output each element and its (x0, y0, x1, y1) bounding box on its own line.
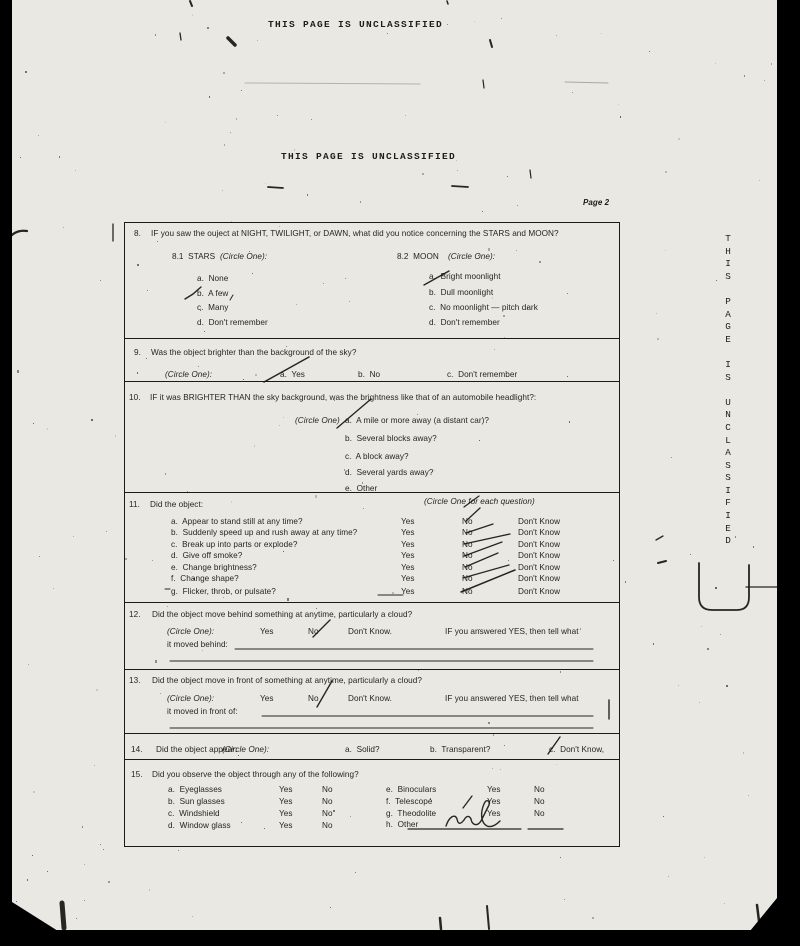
q13-number: 13. (129, 676, 141, 685)
q9-number: 9. (134, 348, 141, 357)
q15-right-g-no: No (534, 809, 545, 818)
q15-left-d-yes: Yes (279, 821, 293, 830)
q15-left-b-no: No (322, 797, 333, 806)
section-divider (124, 733, 619, 734)
q8-moon-option-d: d. Don't remember (429, 318, 500, 327)
q11-row-b-yes: Yes (401, 528, 415, 537)
q13-dont-know: Don't Know. (348, 694, 392, 703)
q11-row-e-yes: Yes (401, 563, 415, 572)
q8-stars-option-d: d. Don't remember (197, 318, 268, 327)
q13-yes: Yes (260, 694, 274, 703)
q9-question: Was the object brighter than the backgro… (151, 348, 356, 357)
q15-left-a-label: a. Eyeglasses (168, 785, 222, 794)
section-divider (124, 381, 619, 382)
q11-row-a-yes: Yes (401, 517, 415, 526)
q8-stars-circle-note: (Circle One): (220, 252, 267, 261)
scan-edge-wedge-left (12, 902, 58, 931)
q10-option-d: d. Several yards away? (345, 468, 434, 477)
q8-moon-option-c: c. No moonlight — pitch dark (429, 303, 538, 312)
middle-unclassified-banner: THIS PAGE IS UNCLASSIFIED (281, 152, 456, 161)
q11-row-a-label: a. Appear to stand still at any time? (171, 517, 303, 526)
q14-circle-note: (Circle One): (222, 745, 269, 754)
top-unclassified-banner: THIS PAGE IS UNCLASSIFIED (268, 20, 443, 29)
q12-dont-know: Don't Know. (348, 627, 392, 636)
q11-row-g-dk: Don't Know (518, 587, 560, 596)
q15-question: Did you observe the object through any o… (152, 770, 359, 779)
q8-moon-circle-note: (Circle One): (448, 252, 495, 261)
scanned-questionnaire-page: THIS PAGE IS UNCLASSIFIED THIS PAGE IS U… (0, 0, 800, 946)
q15-left-d-label: d. Window glass (168, 821, 231, 830)
section-divider (124, 669, 619, 670)
q11-row-d-yes: Yes (401, 551, 415, 560)
q8-question: IF you saw the ouject at NIGHT, TWILIGHT… (151, 229, 559, 238)
q11-row-c-no: No (462, 540, 473, 549)
q10-option-b: b. Several blocks away? (345, 434, 437, 443)
q10-option-a: a. A mile or more away (a distant car)? (345, 416, 489, 425)
q12-yes: Yes (260, 627, 274, 636)
q10-number: 10. (129, 393, 141, 402)
q15-left-b-yes: Yes (279, 797, 293, 806)
q11-row-c-dk: Don't Know (518, 540, 560, 549)
q11-row-b-dk: Don't Know (518, 528, 560, 537)
q11-row-g-no: No (462, 587, 473, 596)
q15-left-d-no: No (322, 821, 333, 830)
q8-stars-option-c: c. Many (197, 303, 228, 312)
q11-row-f-dk: Don't Know (518, 574, 560, 583)
q12-question: Did the object move behind something at … (152, 610, 412, 619)
section-divider (124, 759, 619, 760)
q10-option-e: e. Other (345, 484, 377, 493)
q15-number: 15. (131, 770, 143, 779)
q11-row-c-label: c. Break up into parts or explode? (171, 540, 297, 549)
q15-right-e-label: e. Binoculars (386, 785, 436, 794)
q11-row-f-label: f. Change shape? (171, 574, 239, 583)
scan-edge-right (777, 0, 800, 946)
q11-row-d-dk: Don't Know (518, 551, 560, 560)
section-divider (124, 602, 619, 603)
q9-option-dont-remember: c. Don't remember (447, 370, 517, 379)
q13-circle-note: (Circle One): (167, 694, 214, 703)
q15-right-e-yes: Yes (487, 785, 501, 794)
q14-option-dont-know: c. Don't Know, (549, 745, 604, 754)
q9-option-no: b. No (358, 370, 380, 379)
q15-left-b-label: b. Sun glasses (168, 797, 225, 806)
page-number: Page 2 (583, 198, 609, 207)
q12-number: 12. (129, 610, 141, 619)
q14-option-transparent: b. Transparent? (430, 745, 490, 754)
q11-row-b-no: No (462, 528, 473, 537)
q11-number: 11. (129, 500, 140, 509)
q12-if-yes-text: IF you answered YES, then tell what (445, 627, 579, 636)
q15-left-c-no: No (322, 809, 333, 818)
q15-right-e-no: No (534, 785, 545, 794)
q15-right-g-yes: Yes (487, 809, 501, 818)
q15-left-c-yes: Yes (279, 809, 293, 818)
q13-question: Did the object move in front of somethin… (152, 676, 422, 685)
q11-row-e-label: e. Change brightness? (171, 563, 257, 572)
q10-question: IF it was BRIGHTER THAN the sky backgrou… (150, 393, 536, 402)
q11-row-f-yes: Yes (401, 574, 415, 583)
q11-row-e-no: No (462, 563, 473, 572)
q15-right-g-label: g. Theodolite (386, 809, 436, 818)
q11-circle-note: (Circle One for each question) (424, 497, 535, 506)
q15-right-f-yes: Yes (487, 797, 501, 806)
q14-option-solid: a. Solid? (345, 745, 380, 754)
section-divider (124, 338, 619, 339)
q8-moon-heading: 8.2 MOON (397, 252, 439, 261)
q15-right-f-no: No (534, 797, 545, 806)
scan-edge-wedge-right (750, 898, 777, 931)
q13-no: No (308, 694, 319, 703)
q15-right-f-label: f. Telescope (386, 797, 432, 806)
q11-row-f-no: No (462, 574, 473, 583)
q10-circle-note: (Circle One) (295, 416, 340, 425)
q9-circle-note: (Circle One): (165, 370, 212, 379)
q15-other-label: h. Other (386, 820, 418, 829)
side-vertical-banner: T H I S P A G E I S U N C L A S S I F I … (721, 233, 735, 548)
q12-no: No (308, 627, 319, 636)
q12-lead-text: it moved behind: (167, 640, 228, 649)
q15-left-a-yes: Yes (279, 785, 293, 794)
q11-row-e-dk: Don't Know (518, 563, 560, 572)
q8-stars-option-a: a. None (197, 274, 228, 283)
q9-option-yes: a. Yes (280, 370, 305, 379)
q10-option-c: c. A block away? (345, 452, 409, 461)
q15-left-c-label: c. Windshield (168, 809, 220, 818)
q8-moon-option-b: b. Dull moonlight (429, 288, 493, 297)
q11-row-g-label: g. Flicker, throb, or pulsate? (171, 587, 276, 596)
q12-circle-note: (Circle One): (167, 627, 214, 636)
q15-left-a-no: No (322, 785, 333, 794)
q11-row-a-no: No (462, 517, 473, 526)
q8-moon-option-a: a. Bright moonlight (429, 272, 501, 281)
q8-stars-option-b: b. A few (197, 289, 228, 298)
q8-number: 8. (134, 229, 141, 238)
q11-row-a-dk: Don't Know (518, 517, 560, 526)
q11-row-c-yes: Yes (401, 540, 415, 549)
q13-lead-text: it moved in front of: (167, 707, 238, 716)
q11-row-d-label: d. Give off smoke? (171, 551, 242, 560)
q11-row-g-yes: Yes (401, 587, 415, 596)
q11-row-d-no: No (462, 551, 473, 560)
scan-edge-left (0, 0, 12, 946)
q8-stars-heading: 8.1 STARS (172, 252, 215, 261)
q11-question: Did the object: (150, 500, 203, 509)
q13-if-yes-text: IF you answered YES, then tell what (445, 694, 579, 703)
scan-edge-bottom (0, 930, 800, 946)
q11-row-b-label: b. Suddenly speed up and rush away at an… (171, 528, 357, 537)
